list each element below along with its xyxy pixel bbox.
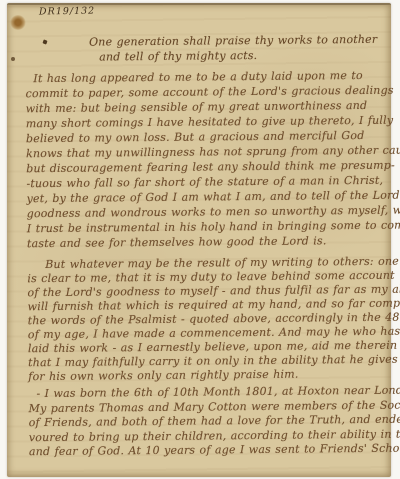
manuscript-line: taste and see for themselves how good th…: [27, 233, 389, 251]
epigraph-line: and tell of thy mighty acts.: [99, 47, 377, 65]
manuscript-text: One generation shall praise thy works to…: [5, 2, 394, 478]
paragraph-1: It has long appeared to me to be a duty …: [25, 68, 389, 251]
epigraph-line: One generation shall praise thy works to…: [89, 32, 377, 50]
manuscript-line: for his own works only can rightly prais…: [28, 367, 390, 384]
scan-background: DR19/132 One generation shall praise thy…: [0, 0, 400, 479]
paragraph-2: But whatever may be the result of my wri…: [27, 255, 390, 384]
epigraph: One generation shall praise thy works to…: [89, 32, 378, 65]
manuscript-page: DR19/132 One generation shall praise thy…: [7, 3, 391, 477]
paragraph-3: - I was born the 6th of 10th Month 1801,…: [28, 384, 391, 460]
manuscript-line: and fear of God. At 10 years of age I wa…: [29, 442, 391, 460]
